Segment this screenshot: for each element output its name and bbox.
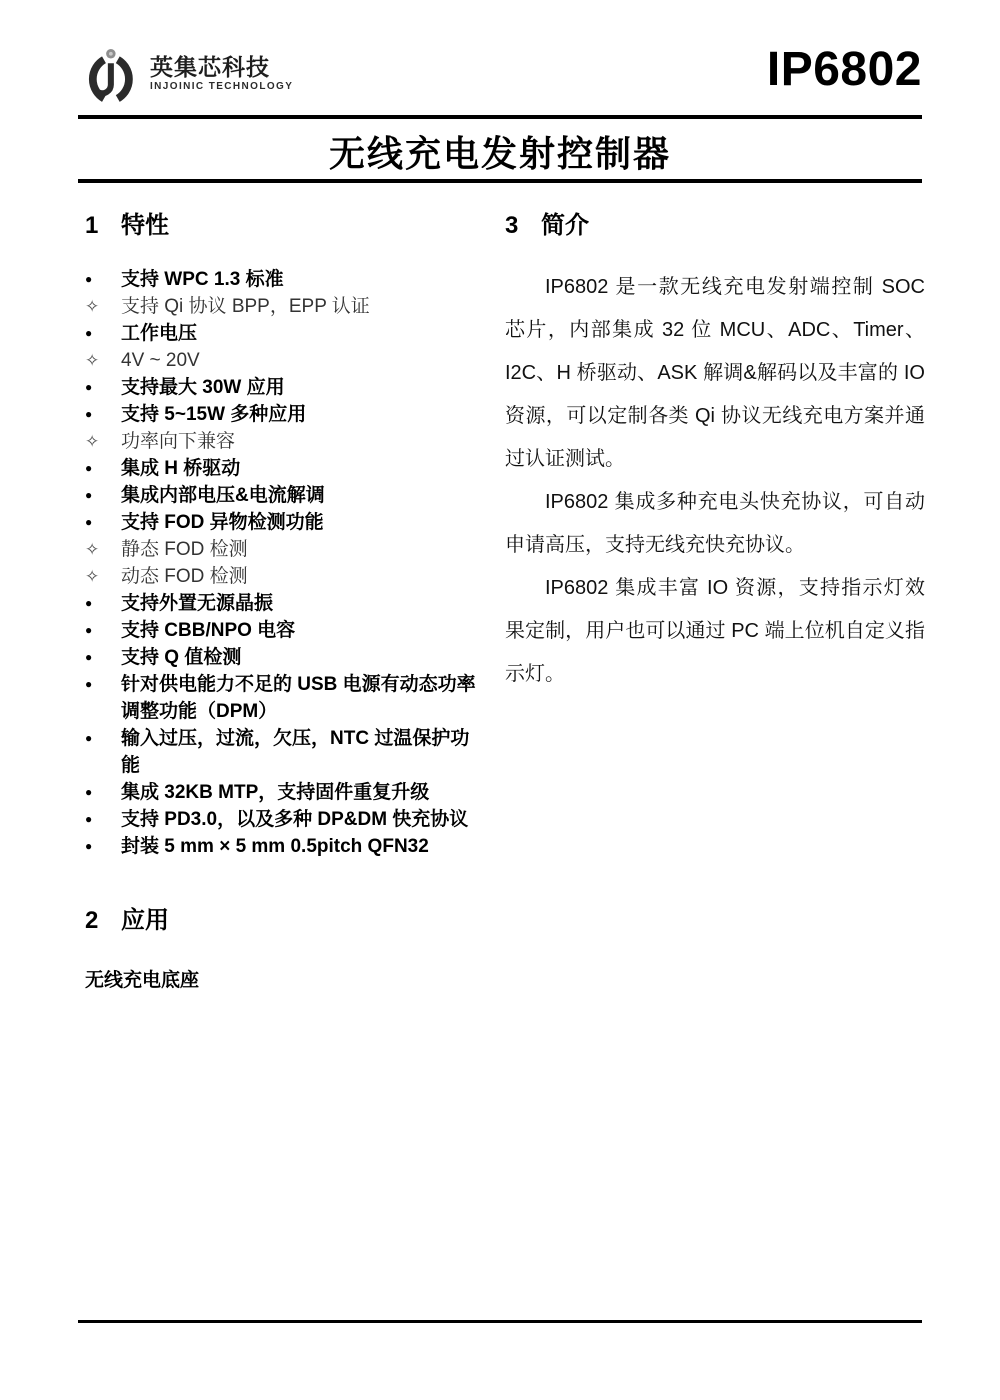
feature-text: 支持 PD3.0，以及多种 DP&DM 快充协议 (121, 806, 485, 833)
feature-item: ●针对供电能力不足的 USB 电源有动态功率调整功能（DPM） (85, 671, 485, 725)
bullet-dot-icon: ● (85, 590, 121, 617)
feature-item: ●支持 Q 值检测 (85, 644, 485, 671)
feature-text: 功率向下兼容 (121, 428, 485, 455)
bullet-dot-icon: ● (85, 725, 121, 752)
bullet-dot-icon: ● (85, 833, 121, 860)
feature-item: ✧功率向下兼容 (85, 428, 485, 455)
bullet-dot-icon: ● (85, 266, 121, 293)
header-rule (78, 115, 922, 119)
section-number: 1 (85, 212, 121, 240)
feature-text: 支持 Q 值检测 (121, 644, 485, 671)
bullet-dot-icon: ● (85, 806, 121, 833)
section-number: 3 (505, 212, 541, 240)
application-item: 无线充电底座 (85, 965, 485, 992)
title-rule (78, 179, 922, 183)
feature-item: ●支持 FOD 异物检测功能 (85, 509, 485, 536)
bullet-dot-icon: ● (85, 401, 121, 428)
bullet-dot-icon: ● (85, 617, 121, 644)
feature-item: ●支持 CBB/NPO 电容 (85, 617, 485, 644)
feature-text: 支持 5~15W 多种应用 (121, 401, 485, 428)
feature-text: 集成内部电压&电流解调 (121, 482, 485, 509)
feature-text: 支持外置无源晶振 (121, 590, 485, 617)
bullet-diamond-icon: ✧ (85, 293, 121, 320)
bullet-dot-icon: ● (85, 509, 121, 536)
feature-text: 封装 5 mm × 5 mm 0.5pitch QFN32 (121, 833, 485, 860)
feature-text: 4V ~ 20V (121, 347, 485, 374)
doc-title: 无线充电发射控制器 (0, 126, 1000, 177)
feature-text: 支持 CBB/NPO 电容 (121, 617, 485, 644)
section-number: 2 (85, 907, 121, 935)
feature-item: ●支持外置无源晶振 (85, 590, 485, 617)
feature-text: 工作电压 (121, 320, 485, 347)
header: 英集芯科技 INJOINIC TECHNOLOGY IP6802 (78, 46, 922, 110)
feature-text: 静态 FOD 检测 (121, 536, 485, 563)
feature-item: ✧支持 Qi 协议 BPP，EPP 认证 (85, 293, 485, 320)
company-name-cn: 英集芯科技 (150, 54, 293, 80)
intro-paragraph: IP6802 集成丰富 IO 资源，支持指示灯效果定制，用户也可以通过 PC 端… (505, 567, 925, 696)
feature-text: 支持 WPC 1.3 标准 (121, 266, 485, 293)
feature-item: ●集成 32KB MTP，支持固件重复升级 (85, 779, 485, 806)
feature-item: ●集成内部电压&电流解调 (85, 482, 485, 509)
footer-rule (78, 1320, 922, 1323)
feature-item: ✧4V ~ 20V (85, 347, 485, 374)
feature-item: ●封装 5 mm × 5 mm 0.5pitch QFN32 (85, 833, 485, 860)
feature-item: ●支持 WPC 1.3 标准 (85, 266, 485, 293)
bullet-dot-icon: ● (85, 671, 121, 698)
section-heading-features: 1 特性 (85, 205, 485, 240)
feature-text: 输入过压，过流，欠压，NTC 过温保护功能 (121, 725, 485, 779)
feature-item: ✧动态 FOD 检测 (85, 563, 485, 590)
feature-text: 支持最大 30W 应用 (121, 374, 485, 401)
left-column: 1 特性 ●支持 WPC 1.3 标准✧支持 Qi 协议 BPP，EPP 认证●… (85, 205, 485, 992)
intro-paragraphs: IP6802 是一款无线充电发射端控制 SOC 芯片，内部集成 32 位 MCU… (505, 266, 925, 696)
features-list: ●支持 WPC 1.3 标准✧支持 Qi 协议 BPP，EPP 认证●工作电压✧… (85, 266, 485, 860)
feature-item: ●支持最大 30W 应用 (85, 374, 485, 401)
feature-text: 支持 FOD 异物检测功能 (121, 509, 485, 536)
bullet-diamond-icon: ✧ (85, 428, 121, 455)
section-title: 特性 (121, 205, 169, 240)
feature-item: ●集成 H 桥驱动 (85, 455, 485, 482)
part-number: IP6802 (767, 42, 922, 97)
bullet-dot-icon: ● (85, 455, 121, 482)
logo-text: 英集芯科技 INJOINIC TECHNOLOGY (150, 46, 293, 93)
datasheet-page: 英集芯科技 INJOINIC TECHNOLOGY IP6802 无线充电发射控… (0, 0, 1000, 1400)
bullet-dot-icon: ● (85, 644, 121, 671)
company-logo: 英集芯科技 INJOINIC TECHNOLOGY (78, 46, 293, 108)
feature-item: ●支持 5~15W 多种应用 (85, 401, 485, 428)
feature-text: 动态 FOD 检测 (121, 563, 485, 590)
section-title: 简介 (541, 205, 589, 240)
bullet-dot-icon: ● (85, 374, 121, 401)
feature-item: ●支持 PD3.0，以及多种 DP&DM 快充协议 (85, 806, 485, 833)
feature-item: ●输入过压，过流，欠压，NTC 过温保护功能 (85, 725, 485, 779)
feature-item: ●工作电压 (85, 320, 485, 347)
injoinic-logo-icon (78, 46, 142, 108)
bullet-diamond-icon: ✧ (85, 536, 121, 563)
bullet-dot-icon: ● (85, 320, 121, 347)
intro-paragraph: IP6802 是一款无线充电发射端控制 SOC 芯片，内部集成 32 位 MCU… (505, 266, 925, 481)
feature-text: 针对供电能力不足的 USB 电源有动态功率调整功能（DPM） (121, 671, 485, 725)
bullet-diamond-icon: ✧ (85, 347, 121, 374)
bullet-dot-icon: ● (85, 482, 121, 509)
section-title: 应用 (121, 900, 169, 935)
feature-text: 集成 H 桥驱动 (121, 455, 485, 482)
feature-text: 集成 32KB MTP，支持固件重复升级 (121, 779, 485, 806)
feature-item: ✧静态 FOD 检测 (85, 536, 485, 563)
section-heading-intro: 3 简介 (505, 205, 925, 240)
feature-text: 支持 Qi 协议 BPP，EPP 认证 (121, 293, 485, 320)
bullet-dot-icon: ● (85, 779, 121, 806)
section-heading-applications: 2 应用 (85, 900, 485, 935)
bullet-diamond-icon: ✧ (85, 563, 121, 590)
company-name-en: INJOINIC TECHNOLOGY (150, 80, 293, 93)
intro-paragraph: IP6802 集成多种充电头快充协议，可自动申请高压，支持无线充快充协议。 (505, 481, 925, 567)
right-column: 3 简介 IP6802 是一款无线充电发射端控制 SOC 芯片，内部集成 32 … (505, 205, 925, 696)
